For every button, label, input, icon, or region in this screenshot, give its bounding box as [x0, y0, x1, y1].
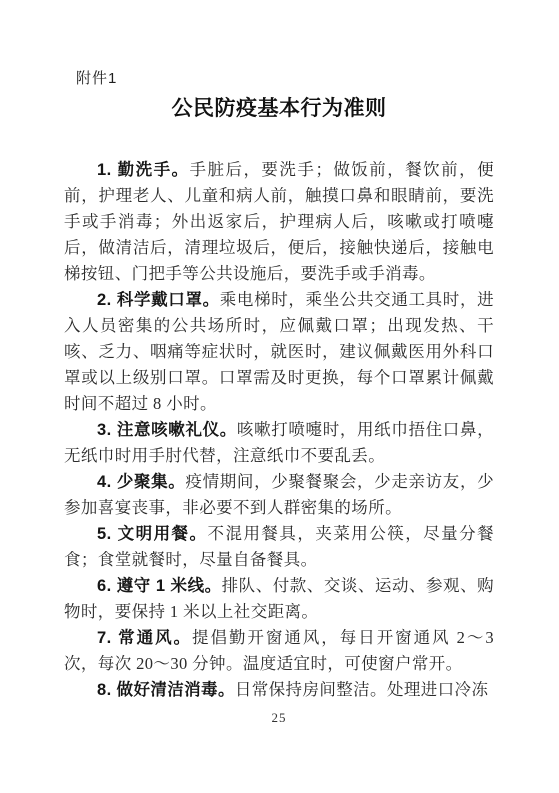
document-title: 公民防疫基本行为准则 [64, 97, 494, 120]
guidelines-list: 1. 勤洗手。手脏后，要洗手；做饭前，餐饮前，便前，护理老人、儿童和病人前，触摸… [64, 157, 494, 703]
guideline-heading: 遵守 1 米线。 [117, 577, 222, 595]
guideline-item-3: 3. 注意咳嗽礼仪。咳嗽打喷嚏时，用纸巾捂住口鼻，无纸巾时用手肘代替，注意纸巾不… [64, 417, 494, 469]
guideline-heading: 文明用餐。 [118, 525, 208, 543]
guideline-heading: 科学戴口罩。 [117, 291, 220, 309]
guideline-heading: 常通风。 [118, 629, 192, 647]
guideline-item-2: 2. 科学戴口罩。乘电梯时，乘坐公共交通工具时，进入人员密集的公共场所时，应佩戴… [64, 287, 494, 417]
guideline-number: 7. [97, 629, 118, 647]
guideline-item-6: 6. 遵守 1 米线。排队、付款、交谈、运动、参观、购物时，要保持 1 米以上社… [64, 573, 494, 625]
guideline-heading: 勤洗手。 [118, 161, 190, 179]
guideline-item-7: 7. 常通风。提倡勤开窗通风，每日开窗通风 2～3 次，每次 20～30 分钟。… [64, 625, 494, 677]
guideline-heading: 注意咳嗽礼仪。 [117, 421, 237, 439]
guideline-number: 2. [97, 291, 117, 309]
guideline-number: 5. [97, 525, 118, 543]
attachment-label: 附件1 [76, 70, 494, 87]
guideline-item-4: 4. 少聚集。疫情期间，少聚餐聚会，少走亲访友，少参加喜宴丧事，非必要不到人群密… [64, 469, 494, 521]
guideline-item-1: 1. 勤洗手。手脏后，要洗手；做饭前，餐饮前，便前，护理老人、儿童和病人前，触摸… [64, 157, 494, 287]
guideline-heading: 做好清洁消毒。 [117, 681, 235, 699]
page-number: 25 [64, 710, 494, 725]
guideline-heading: 少聚集。 [117, 473, 186, 491]
guideline-number: 1. [97, 161, 118, 179]
guideline-item-8: 8. 做好清洁消毒。日常保持房间整洁。处理进口冷冻 [64, 677, 494, 703]
guideline-body: 日常保持房间整洁。处理进口冷冻 [235, 680, 489, 699]
guideline-number: 6. [97, 577, 117, 595]
guideline-number: 8. [97, 681, 117, 699]
guideline-number: 4. [97, 473, 117, 491]
guideline-item-5: 5. 文明用餐。不混用餐具，夹菜用公筷，尽量分餐食；食堂就餐时，尽量自备餐具。 [64, 521, 494, 573]
guideline-number: 3. [97, 421, 117, 439]
document-page: 附件1 公民防疫基本行为准则 1. 勤洗手。手脏后，要洗手；做饭前，餐饮前，便前… [0, 0, 559, 793]
